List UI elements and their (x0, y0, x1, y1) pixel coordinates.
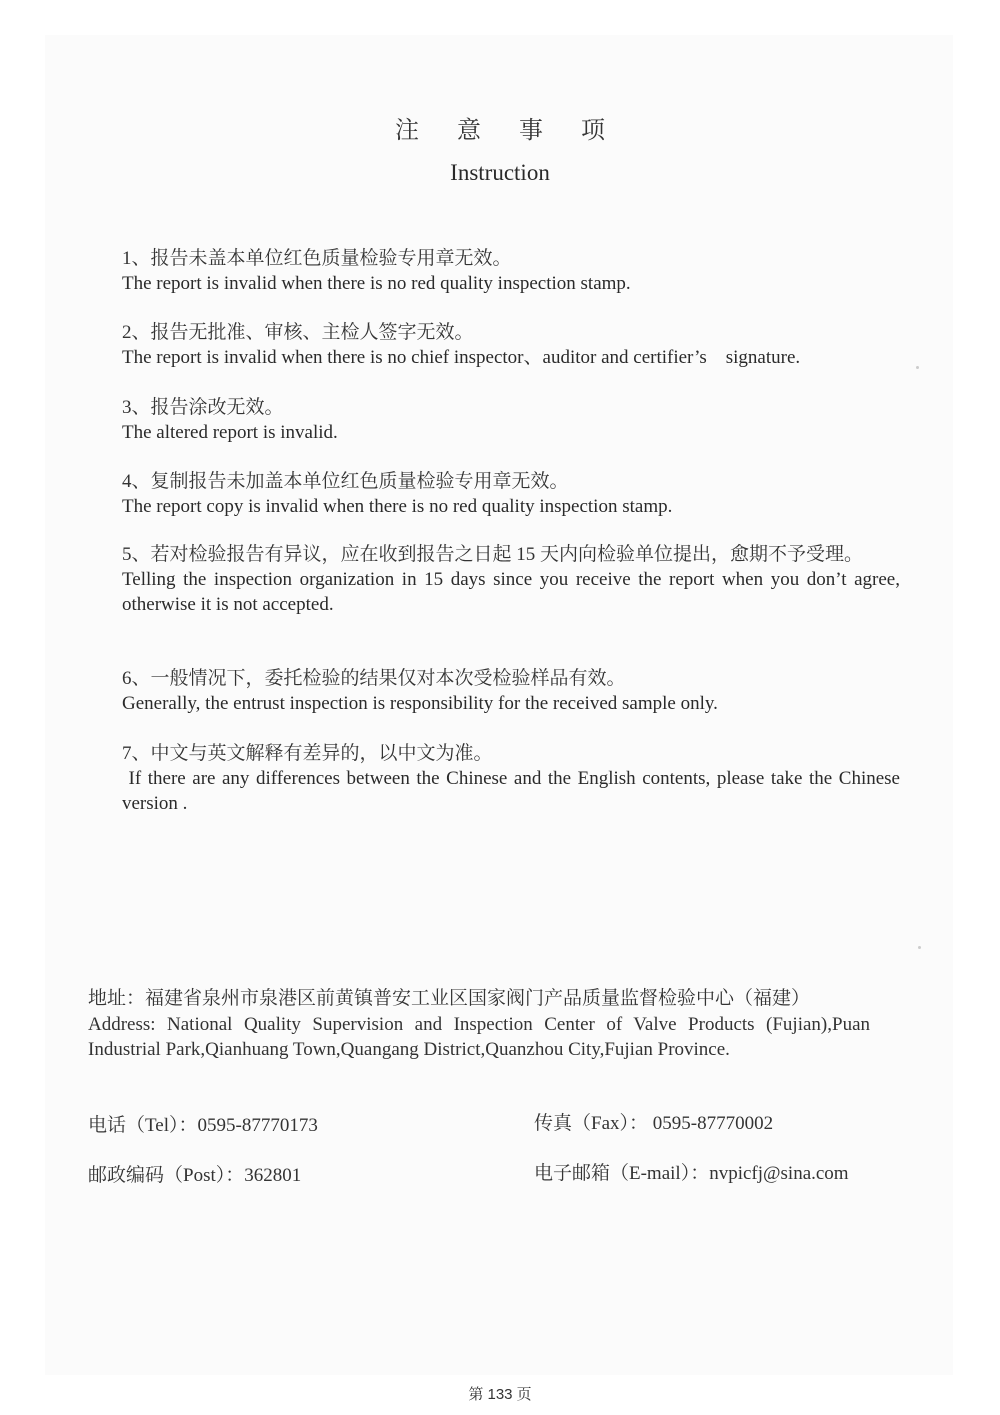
item-en: The report is invalid when there is no r… (122, 271, 900, 296)
email-label: 电子邮箱（E-mail）： (534, 1163, 709, 1184)
item-cn: 3、报告涂改无效。 (122, 395, 900, 420)
item-cn: 1、报告未盖本单位红色质量检验专用章无效。 (122, 246, 900, 271)
title-chinese: 注意事项 (0, 110, 1000, 145)
item-cn: 6、一般情况下，委托检验的结果仅对本次受检验样品有效。 (122, 666, 900, 691)
item-en: Generally, the entrust inspection is res… (122, 691, 900, 716)
email-row: 电子邮箱（E-mail）：nvpicfj@sina.com (534, 1158, 849, 1185)
post-value: 362801 (244, 1165, 301, 1186)
tel-value: 0595-87770173 (198, 1115, 318, 1136)
tel-row: 电话（Tel）：0595-87770173 (88, 1110, 318, 1137)
address-english: Address: National Quality Supervision an… (88, 1012, 900, 1063)
instruction-item-3: 3、报告涂改无效。 The altered report is invalid. (122, 395, 900, 445)
item-cn: 7、中文与英文解释有差异的，以中文为准。 (122, 741, 900, 766)
instruction-item-7: 7、中文与英文解释有差异的，以中文为准。 If there are any di… (122, 741, 900, 816)
instruction-item-6: 6、一般情况下，委托检验的结果仅对本次受检验样品有效。 Generally, t… (122, 666, 900, 716)
instruction-item-1: 1、报告未盖本单位红色质量检验专用章无效。 The report is inva… (122, 246, 900, 296)
item-cn: 4、复制报告未加盖本单位红色质量检验专用章无效。 (122, 469, 900, 494)
item-cn: 2、报告无批准、审核、主检人签字无效。 (122, 320, 900, 345)
item-cn: 5、若对检验报告有异议，应在收到报告之日起 15 天内向检验单位提出，愈期不予受… (122, 542, 900, 567)
address-block: 地址：福建省泉州市泉港区前黄镇普安工业区国家阀门产品质量监督检验中心（福建） A… (88, 986, 900, 1063)
item-en: The altered report is invalid. (122, 420, 900, 445)
post-row: 邮政编码（Post）：362801 (88, 1160, 301, 1187)
instruction-item-4: 4、复制报告未加盖本单位红色质量检验专用章无效。 The report copy… (122, 469, 900, 519)
address-chinese: 地址：福建省泉州市泉港区前黄镇普安工业区国家阀门产品质量监督检验中心（福建） (88, 986, 900, 1012)
scan-speck (916, 366, 919, 369)
item-en: The report copy is invalid when there is… (122, 494, 900, 519)
fax-label: 传真（Fax）： (534, 1113, 648, 1134)
title-english: Instruction (0, 160, 1000, 186)
instruction-item-2: 2、报告无批准、审核、主检人签字无效。 The report is invali… (122, 320, 900, 370)
scan-speck (918, 946, 921, 949)
email-value: nvpicfj@sina.com (709, 1163, 848, 1184)
fax-value: 0595-87770002 (653, 1113, 773, 1134)
tel-label: 电话（Tel）： (88, 1115, 198, 1136)
item-en: The report is invalid when there is no c… (122, 345, 900, 370)
instruction-item-5: 5、若对检验报告有异议，应在收到报告之日起 15 天内向检验单位提出，愈期不予受… (122, 542, 900, 617)
fax-row: 传真（Fax）： 0595-87770002 (534, 1108, 773, 1135)
item-en: If there are any differences between the… (122, 766, 900, 816)
page-number: 第 133 页 (0, 1383, 1000, 1404)
item-en: Telling the inspection organization in 1… (122, 567, 900, 617)
post-label: 邮政编码（Post）： (88, 1165, 244, 1186)
